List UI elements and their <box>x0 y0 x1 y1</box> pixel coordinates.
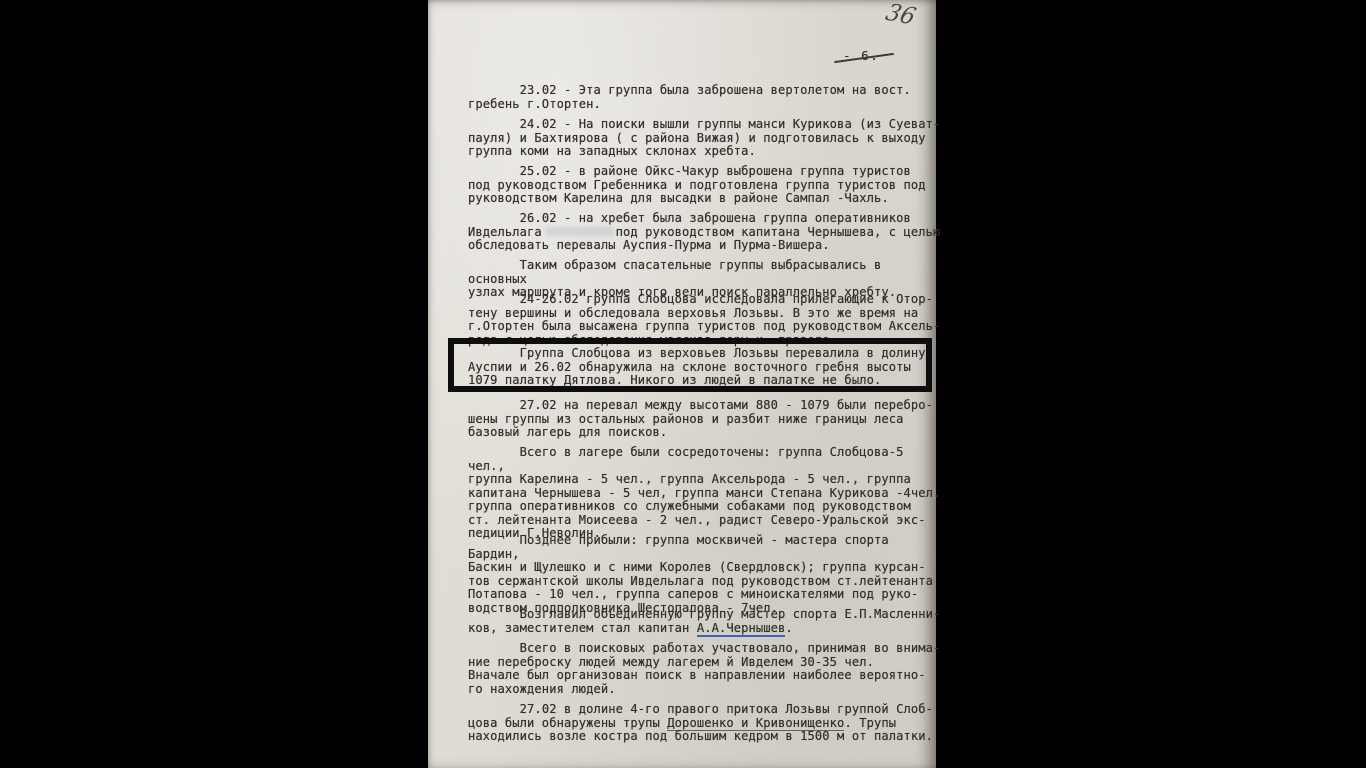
paragraph-later-arrivals: Позднее прибыли: группа москвичей - маст… <box>468 534 943 615</box>
paragraph-26-02: 26.02 - на хребет была заброшена группа … <box>468 212 943 253</box>
paragraph-27-02-base-camp: 27.02 на перевал между высотами 880 - 10… <box>468 399 943 440</box>
paragraph-camp-roster: Всего в лагере были сосредоточены: групп… <box>468 446 943 541</box>
underlined-name-chernyshev: А.А.Чернышев <box>697 621 786 638</box>
erased-text-smudge <box>546 227 614 236</box>
scan-viewer-background: 36 - 6. 23.02 - Эта группа была заброшен… <box>0 0 1366 768</box>
paragraph-leadership: Возглавил объединенную группу мастер спо… <box>468 608 943 635</box>
paragraph-24-02: 24.02 - На поиски вышли группы манси Кур… <box>468 118 943 159</box>
highlight-box <box>448 338 932 392</box>
leadership-text-post: . <box>785 621 792 635</box>
handwritten-page-number: 36 <box>883 0 919 30</box>
paragraph-bodies-found: 27.02 в долине 4-го правого притока Лозь… <box>468 703 943 744</box>
document-page: 36 - 6. 23.02 - Эта группа была заброшен… <box>428 0 936 768</box>
paragraph-25-02: 25.02 - в районе Ойкс-Чакур выброшена гр… <box>468 165 943 206</box>
paragraph-total-searchers: Всего в поисковых работах участвовало, п… <box>468 642 943 696</box>
paragraph-23-02: 23.02 - Эта группа была заброшена вертол… <box>468 84 943 111</box>
